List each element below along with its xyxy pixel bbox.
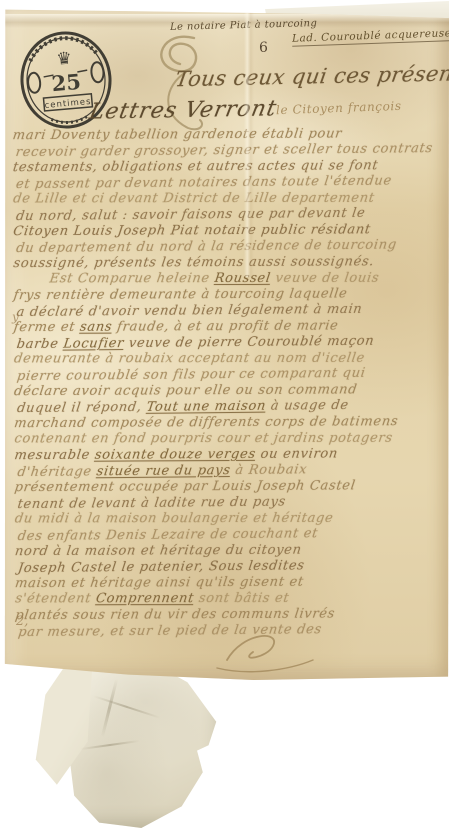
paraph-flourish-icon [209, 630, 319, 676]
page-number: 6 [259, 40, 268, 56]
notary-annotation: Le notaire Piat à tourcoing [170, 18, 317, 33]
stamp-eagle-icon: ♛ [56, 48, 73, 69]
heading-inline-continuation: le Citoyen françois [276, 99, 402, 117]
manuscript-line: contenant en fond pourpris cour et jardi… [13, 431, 449, 448]
photo-background: { "stamp": { "value": "25", "unit": "cen… [0, 0, 449, 829]
margin-mark: y [12, 310, 19, 324]
heading-line-2: Lettres Verront [87, 96, 279, 124]
manuscript-line: Est Comparue heleine Roussel veuve de lo… [12, 271, 448, 288]
manuscript-line: soussigné, présents les témoins aussi so… [12, 254, 448, 272]
manuscript-line: marchand composée de differents corps de… [13, 414, 449, 432]
manuscript-line: maison et héritage ainsi qu'ils gisent e… [14, 574, 449, 592]
parchment-document: ♛ 25 centimes Le notaire Piat à tourcoin… [4, 8, 449, 680]
stamp-unit: centimes [44, 97, 92, 111]
manuscript-body: mari Doventy tabellion gardenote établi … [13, 126, 449, 640]
acquirer-annotation: Lad. Couroublé acquereuse [292, 27, 449, 47]
manuscript-line: s'étendent Comprennent sont bâtis et [14, 591, 449, 608]
margin-mark: 2, [16, 614, 28, 629]
stamp-value: 25 [51, 69, 82, 96]
